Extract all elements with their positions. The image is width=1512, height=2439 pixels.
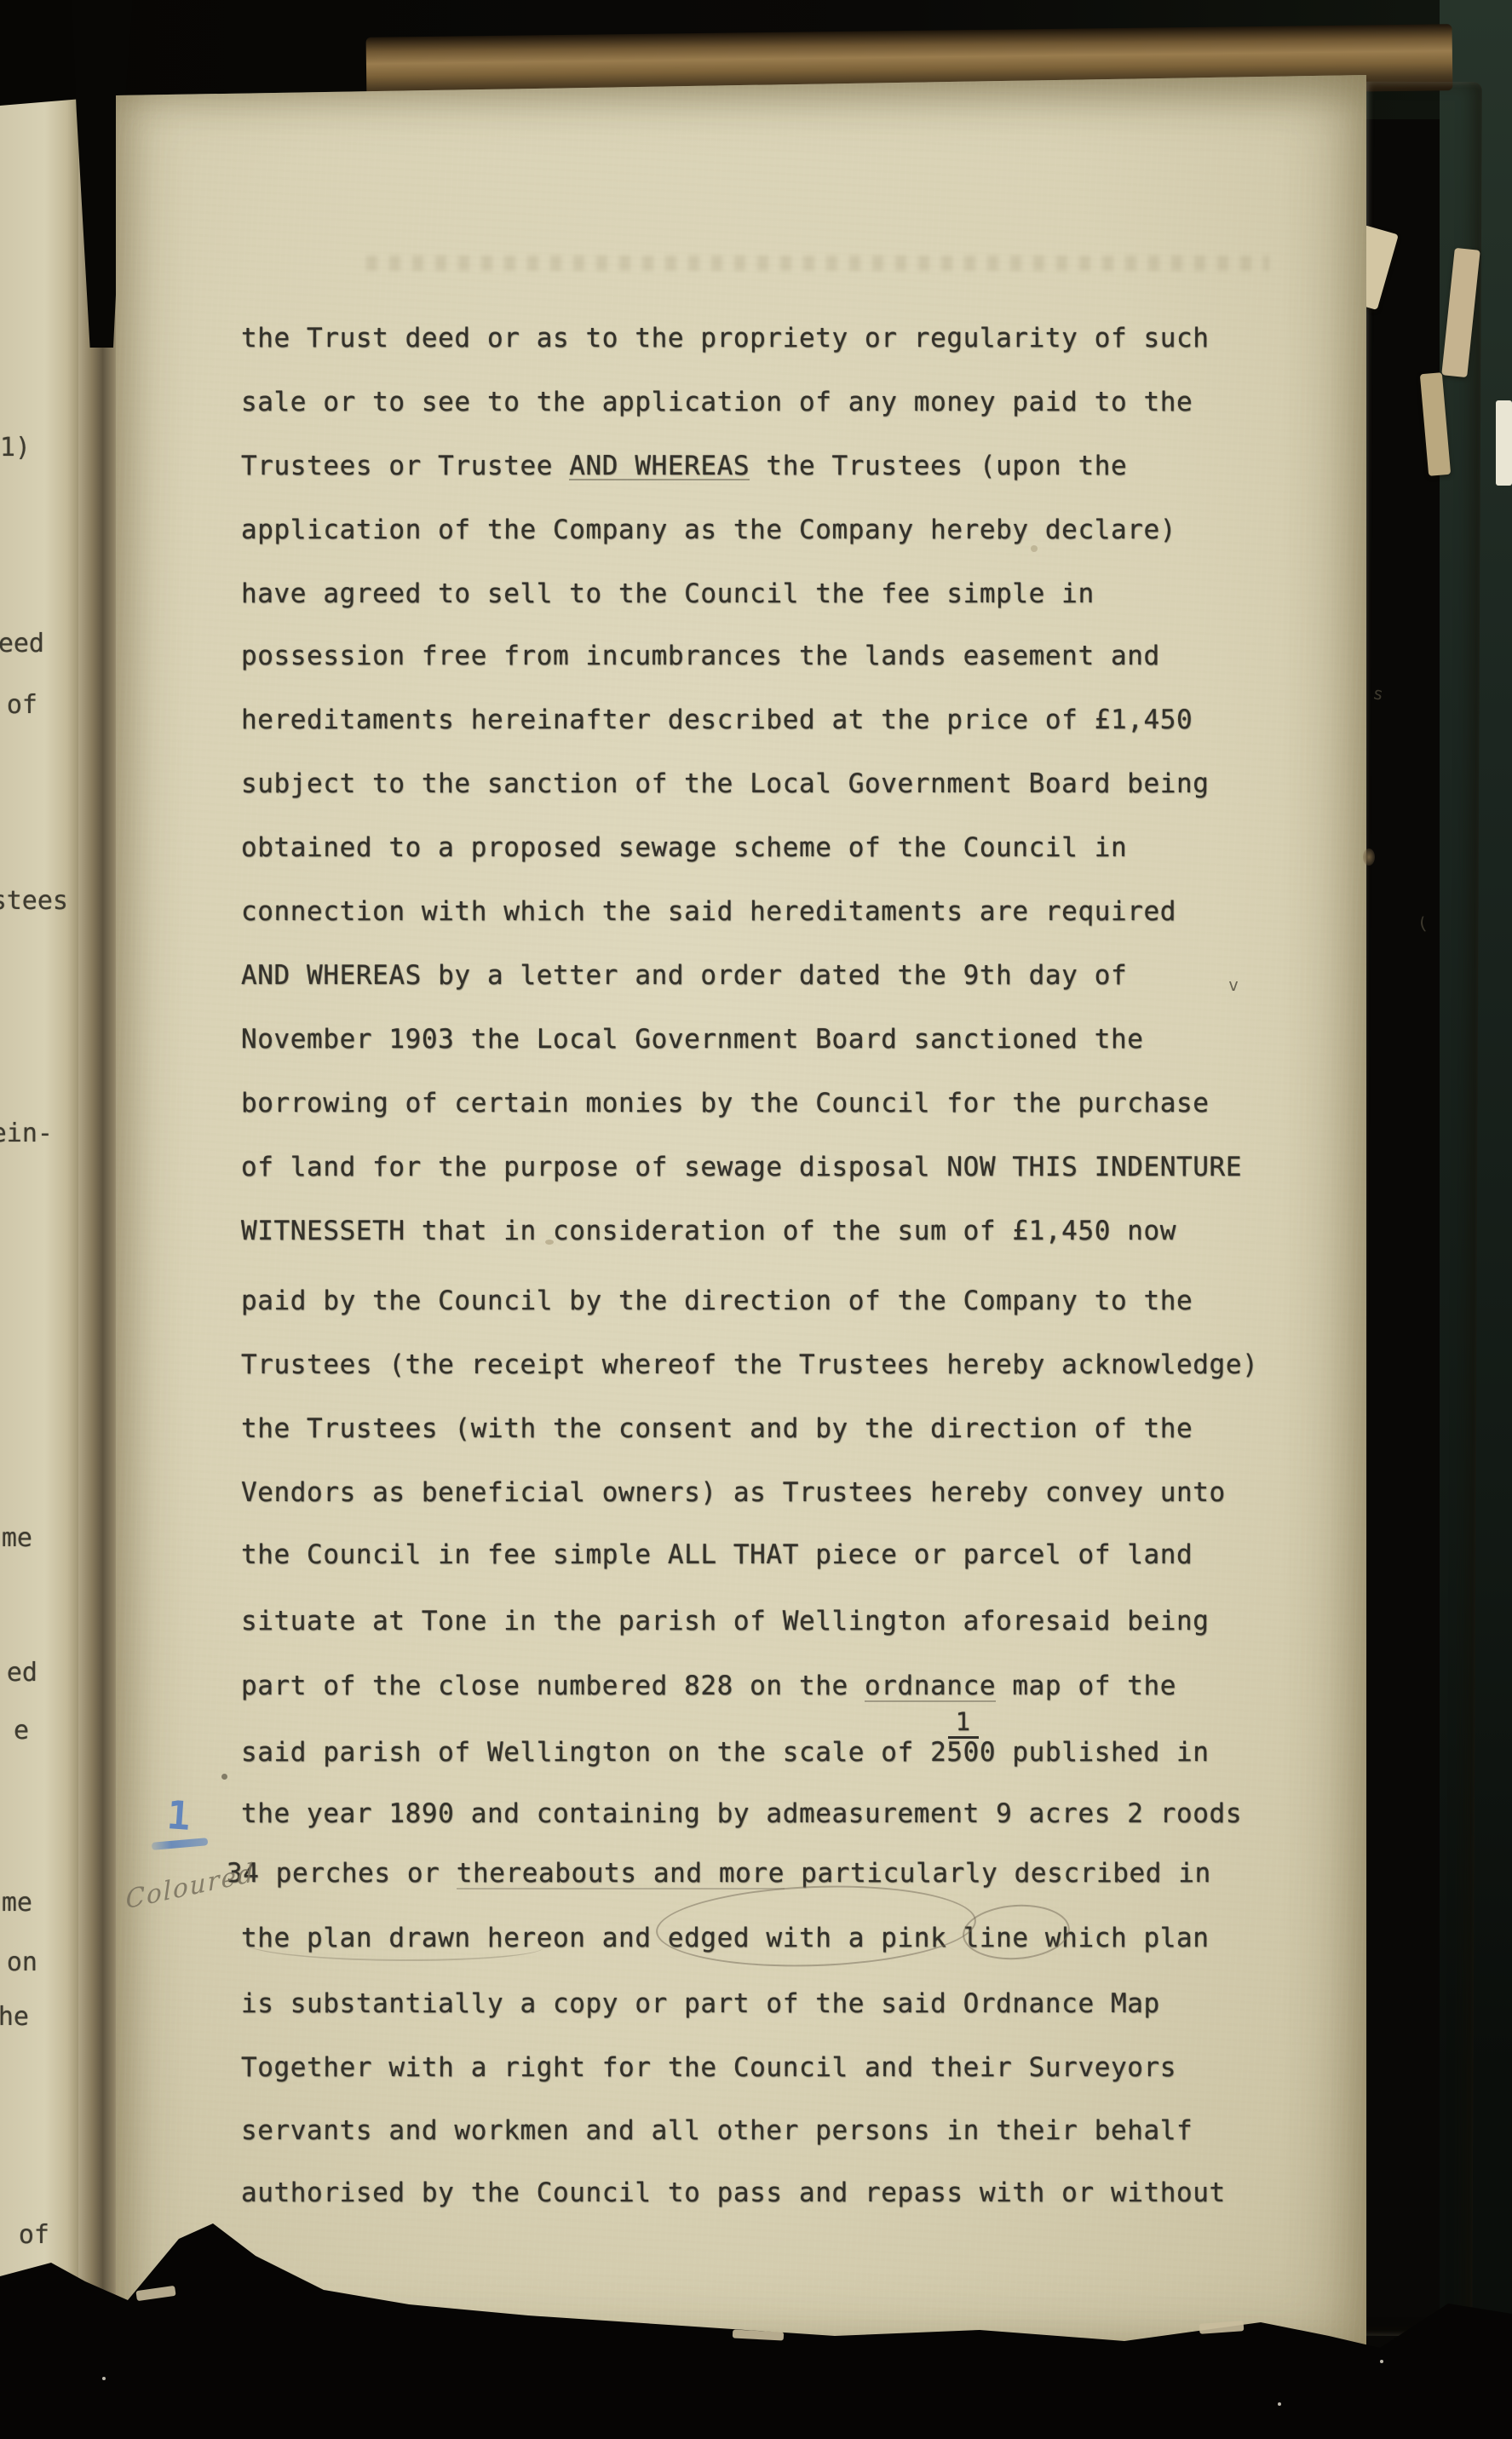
- left-page-text-fragment: of: [7, 692, 37, 719]
- left-page-text-fragment: eed: [0, 630, 44, 658]
- ghost-text-impression: [366, 256, 1269, 271]
- left-page-text-fragment: ed: [7, 1660, 37, 1687]
- left-page-text-fragment: ein-: [0, 1120, 53, 1148]
- dust-speck: [102, 2377, 106, 2380]
- left-page-text-fragment: me: [2, 1890, 32, 1917]
- dust-speck: [1380, 2360, 1383, 2363]
- blue-crayon-mark: 1: [165, 1795, 192, 1836]
- dust-speck: [1278, 2402, 1281, 2406]
- edge-ink-mark: (: [1417, 914, 1429, 932]
- paper-sliver: [1496, 400, 1512, 486]
- left-page-text-fragment: 1): [0, 434, 31, 462]
- left-page-text-fragment: he: [0, 2004, 29, 2031]
- left-page-text-fragment: stees: [0, 888, 68, 915]
- stain-speck: [1363, 848, 1375, 866]
- stain-speck: [1031, 545, 1038, 552]
- scanned-book-photo: 1)eedofsteesein-meedemeonheof the Trust …: [0, 0, 1512, 2439]
- previous-page-sliver: 1)eedofsteesein-meedemeonheof: [0, 99, 82, 2290]
- paper-texture: [116, 75, 1366, 2351]
- typed-underline: [457, 1888, 785, 1890]
- typed-underline: [569, 479, 750, 480]
- stain-speck: [545, 1240, 554, 1245]
- left-page-text-fragment: on: [7, 1949, 37, 1976]
- left-page-text-fragment: of: [19, 2222, 49, 2249]
- stain-speck: [221, 1774, 227, 1780]
- document-page: [116, 75, 1366, 2351]
- left-page-text-fragment: e: [14, 1717, 29, 1745]
- typed-underline: [865, 1700, 996, 1702]
- left-page-text-fragment: me: [2, 1525, 32, 1552]
- pencil-underline-curve: [244, 1920, 543, 1961]
- edge-ink-mark: v: [1228, 976, 1239, 993]
- page-edge-stack-right: [1354, 82, 1482, 2337]
